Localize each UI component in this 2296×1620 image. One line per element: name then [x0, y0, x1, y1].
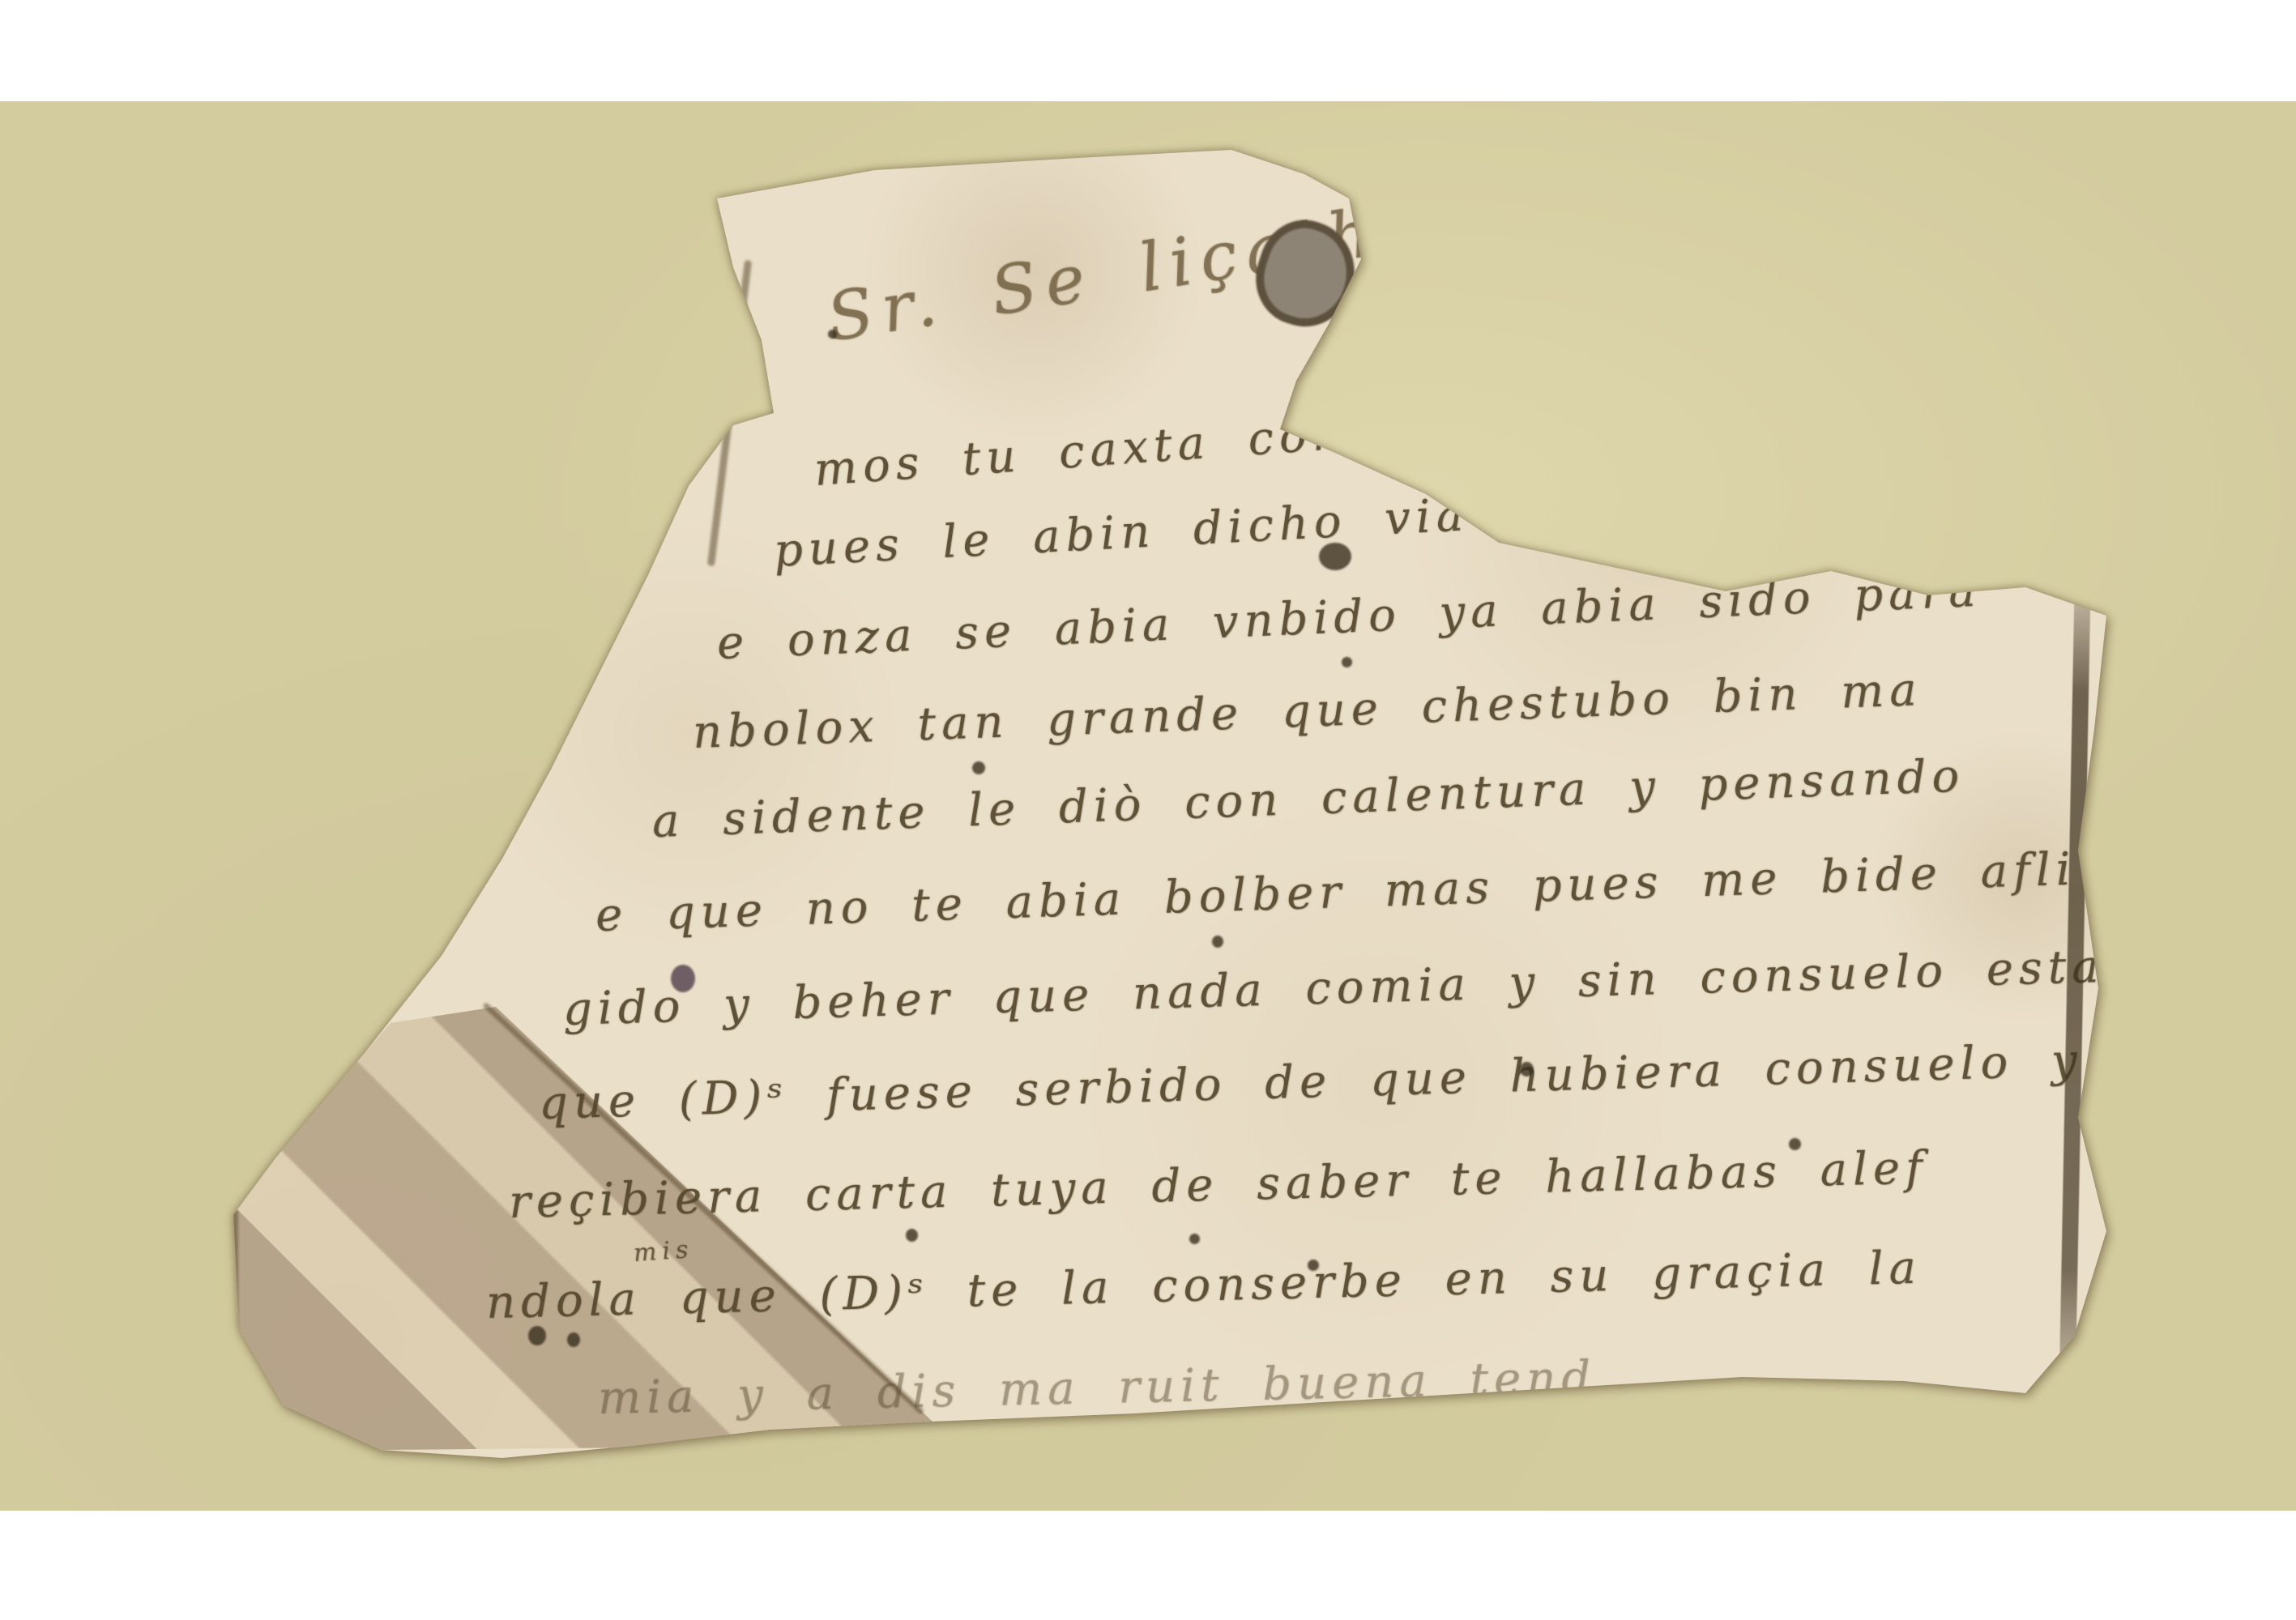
- ink-speck: [1189, 1234, 1200, 1244]
- letter-line: e onza se abia vnbido ya abia sido para: [716, 569, 1982, 667]
- ink-speck: [567, 1332, 580, 1347]
- letter-line: mos tu caxta con: [813, 411, 1348, 493]
- ink-speck: [1342, 657, 1352, 667]
- ink-speck: [528, 1326, 546, 1345]
- ink-speck: [1212, 936, 1223, 948]
- left-lower-edge-line: [232, 1209, 238, 1416]
- letterbox-bottom: [0, 1511, 2296, 1620]
- ink-speck: [1789, 1138, 1801, 1150]
- interlinear-note: mis: [633, 1238, 694, 1266]
- manuscript-scan-page: { "document": { "kind": "handwritten Spa…: [0, 0, 2296, 1620]
- letterbox-top: [0, 0, 2296, 101]
- ink-speck: [906, 1229, 918, 1242]
- ink-speck: [828, 330, 837, 339]
- letter-line: e que no te abia bolber mas pues me bide…: [595, 847, 2076, 939]
- ink-speck: [671, 965, 695, 992]
- ink-speck: [1308, 1260, 1319, 1271]
- manuscript-fragment: Sr. Se liçathe mos tu caxta con pues le …: [0, 101, 2296, 1511]
- photo-mat: Sr. Se liçathe mos tu caxta con pues le …: [0, 101, 2296, 1511]
- ink-speck: [1319, 543, 1351, 570]
- letter-line: que (D)ˢ fuese serbido de que hubiera co…: [538, 1038, 2083, 1127]
- letter-line: reçibiera carta tuya de saber te hallaba…: [508, 1145, 1928, 1226]
- letter-line: pues le abin dicho via: [773, 492, 1470, 574]
- paper-shadow-wrap: Sr. Se liçathe mos tu caxta con pues le …: [0, 101, 2296, 1511]
- letter-line: gido y beher que nada comia y sin consue…: [562, 944, 2105, 1033]
- ink-speck: [972, 761, 985, 774]
- ink-speck: [1520, 1062, 1534, 1076]
- letter-line: nbolox tan grande que chestubo bin ma: [692, 667, 1923, 756]
- letter-line: a sidente le diò con calentura y pensand…: [651, 753, 1965, 845]
- flap-edge-line: [707, 260, 752, 566]
